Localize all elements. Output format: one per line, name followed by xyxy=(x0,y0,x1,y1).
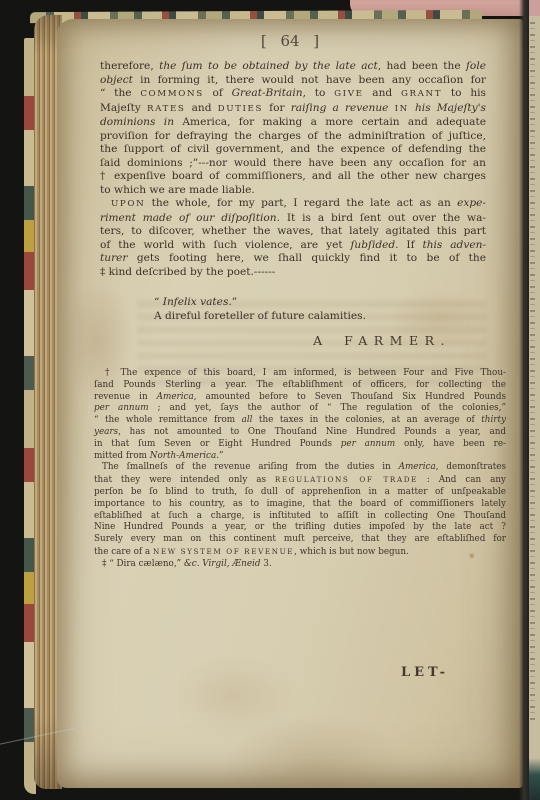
paragraph-2: UPON the whole, for my part, I regard th… xyxy=(100,197,486,279)
footnote-double-dagger: ‡ “ Dira cælæno,” &c. Virgil, Æneid 3. xyxy=(94,559,506,571)
poem-quote: “ Infelix vates.”A direful foreteller of… xyxy=(154,296,366,323)
body-text: therefore, the ſum to be obtained by the… xyxy=(100,60,486,279)
footnotes: † The expence of this board, I am inform… xyxy=(94,368,506,571)
footnote-dagger: † The expence of this board, I am inform… xyxy=(94,368,506,462)
paragraph-1: therefore, the ſum to be obtained by the… xyxy=(100,60,486,197)
cover-corner xyxy=(529,758,540,800)
adjacent-page-sliver xyxy=(529,0,540,800)
page-number: [ 64 ] xyxy=(57,32,523,50)
book-page: [ 64 ] therefore, the ſum to be obtained… xyxy=(57,19,523,788)
footnote-dagger-continued: The ſmallneſs of the revenue ariſing fro… xyxy=(94,462,506,558)
book-scan: [ 64 ] therefore, the ſum to be obtained… xyxy=(0,0,540,800)
edge-on-text xyxy=(530,22,535,722)
finger-tip xyxy=(529,0,540,16)
catchword: LET- xyxy=(401,665,449,680)
signature: A FARMER. xyxy=(313,333,451,348)
